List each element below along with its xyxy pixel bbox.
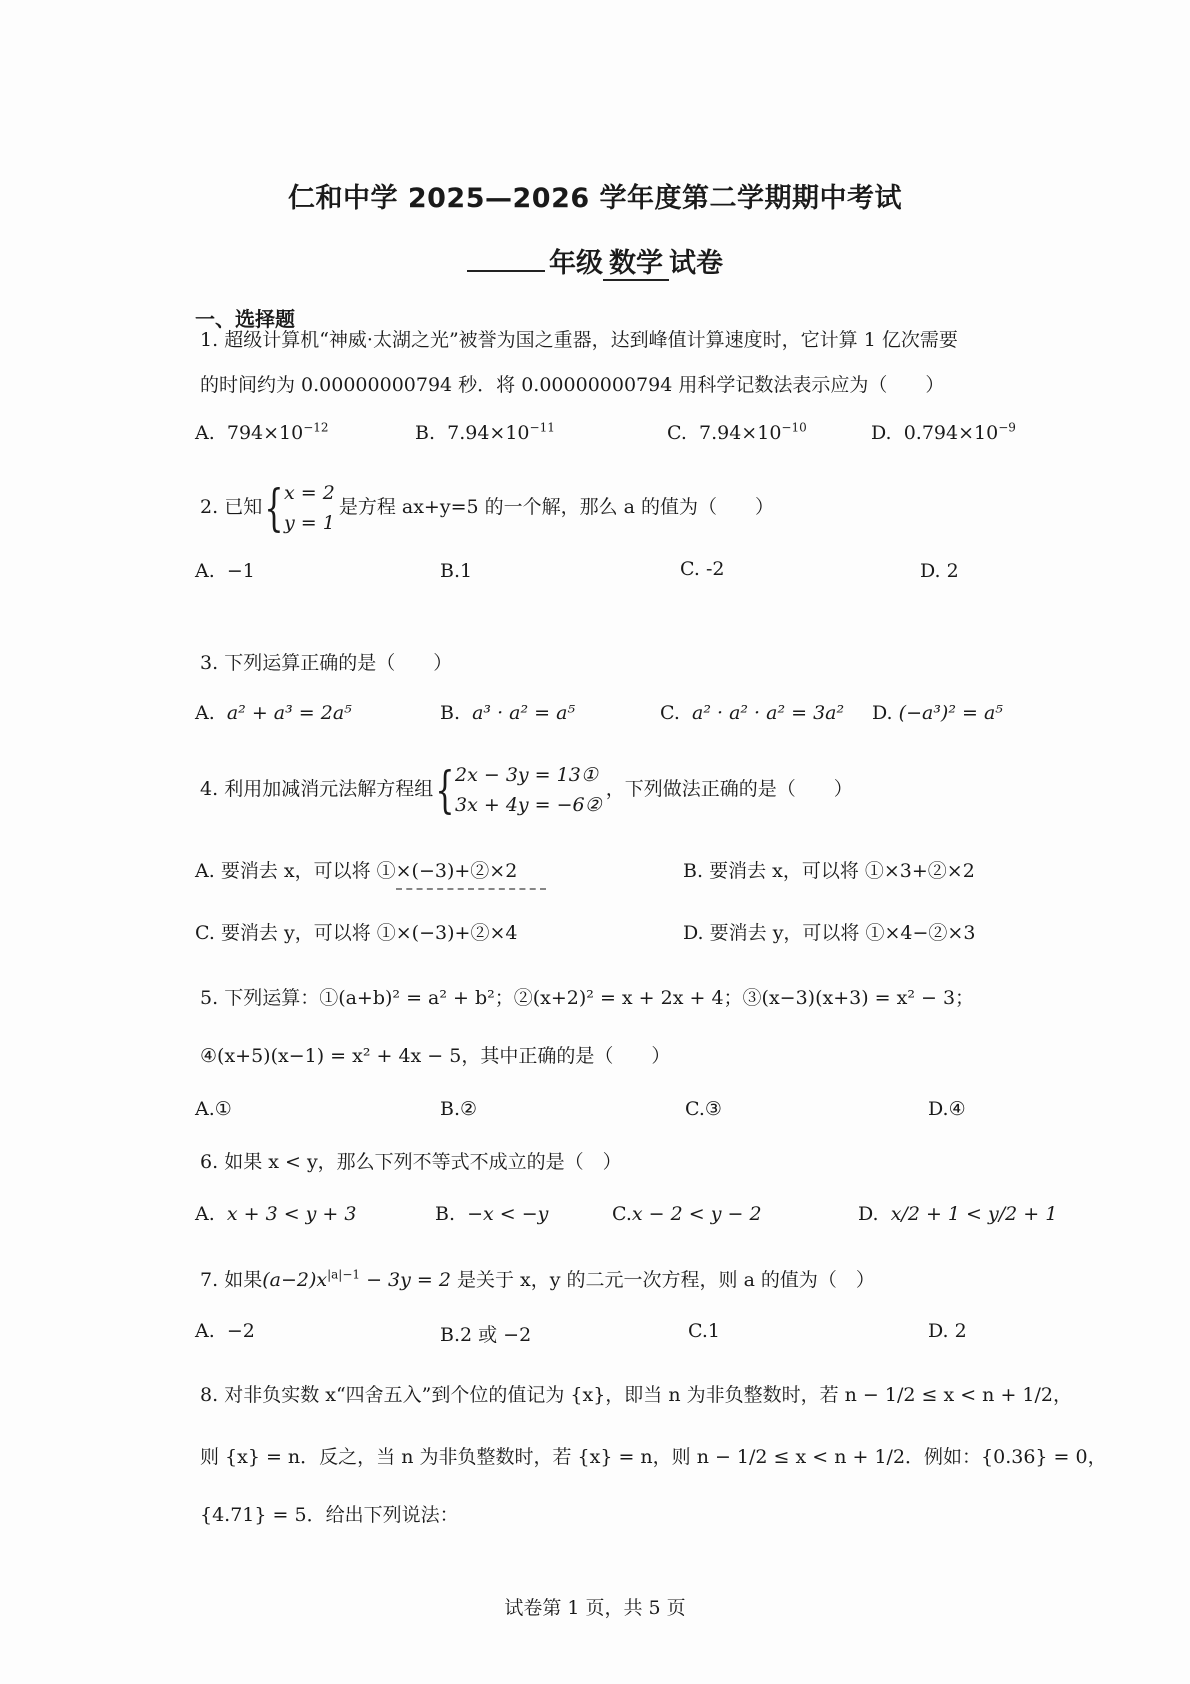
question-5-line-1: 5. 下列运算：①(a+b)² = a² + b²；②(x+2)² = x + … (200, 983, 974, 1010)
system-brace: { (436, 765, 455, 815)
q7-option-b: B.2 或 −2 (440, 1320, 531, 1347)
question-1-line-1: 1. 超级计算机“神威·太湖之光”被誉为国之重器，达到峰值计算速度时，它计算 1… (200, 325, 958, 352)
exam-subtitle: 年级数学试卷 (0, 241, 1190, 280)
question-4: 4. 利用加减消元法解方程组{2x − 3y = 13①3x + 4y = −6… (200, 760, 853, 820)
q5-option-d: D.④ (928, 1098, 966, 1120)
q2-option-d: D. 2 (920, 560, 959, 582)
q3-option-a: A. a² + a³ = 2a⁵ (195, 702, 352, 724)
q5-option-c: C.③ (685, 1098, 722, 1120)
subject-name: 数学 (603, 248, 669, 281)
q2-option-c: C. -2 (680, 558, 724, 580)
q4-option-b: B. 要消去 x，可以将 ①×3+②×2 (683, 856, 975, 883)
q2-option-a: A. −1 (195, 560, 255, 582)
q4-option-c: C. 要消去 y，可以将 ①×(−3)+②×4 (195, 918, 517, 945)
q7-option-d: D. 2 (928, 1320, 967, 1342)
q4-option-a: A. 要消去 x，可以将 ①×(−3)+②×2 (195, 856, 517, 883)
q2-option-b: B.1 (440, 560, 472, 582)
question-3: 3. 下列运算正确的是（ ） (200, 648, 452, 675)
q1-option-c: C. 7.94×10−10 (667, 422, 807, 444)
q1-option-d: D. 0.794×10−9 (871, 422, 1016, 444)
paper-label: 试卷 (669, 248, 723, 279)
q1-option-b: B. 7.94×10−11 (415, 422, 555, 444)
q5-option-a: A.① (195, 1098, 232, 1120)
q6-option-a: A. x + 3 < y + 3 (195, 1203, 356, 1225)
exam-page: 仁和中学 2025—2026 学年度第二学期期中考试 年级数学试卷 一、选择题 … (0, 0, 1190, 1684)
q1-option-a: A. 794×10−12 (195, 422, 329, 444)
grade-blank (467, 270, 545, 272)
equation-system: x = 2y = 1 (284, 478, 335, 538)
question-8-line-2: 则 {x} = n．反之，当 n 为非负整数时，若 {x} = n，则 n − … (200, 1442, 1107, 1469)
q3-option-d: D. (−a³)² = a⁵ (872, 702, 1003, 724)
q5-option-b: B.② (440, 1098, 477, 1120)
question-1-line-2: 的时间约为 0.00000000794 秒．将 0.00000000794 用科… (200, 370, 944, 397)
q3-option-c: C. a² · a² · a² = 3a² (660, 702, 844, 724)
question-8-line-1: 8. 对非负实数 x“四舍五入”到个位的值记为 {x}，即当 n 为非负整数时，… (200, 1380, 1072, 1407)
system-brace: { (265, 483, 284, 533)
q7-option-a: A. −2 (195, 1320, 255, 1342)
pen-underline-mark (396, 885, 546, 890)
q3-option-b: B. a³ · a² = a⁵ (440, 702, 575, 724)
q7-option-c: C.1 (688, 1320, 720, 1342)
equation-system: 2x − 3y = 13①3x + 4y = −6② (455, 760, 602, 820)
question-5-line-2: ④(x+5)(x−1) = x² + 4x − 5，其中正确的是（ ） (200, 1041, 670, 1068)
page-footer: 试卷第 1 页，共 5 页 (0, 1593, 1190, 1620)
q4-option-d: D. 要消去 y，可以将 ①×4−②×3 (683, 918, 975, 945)
question-6: 6. 如果 x < y，那么下列不等式不成立的是（ ） (200, 1147, 622, 1174)
exam-title: 仁和中学 2025—2026 学年度第二学期期中考试 (0, 176, 1190, 215)
grade-label: 年级 (549, 248, 603, 279)
q6-option-d: D. x/2 + 1 < y/2 + 1 (858, 1203, 1057, 1225)
q6-option-c: C.x − 2 < y − 2 (612, 1203, 762, 1225)
question-2: 2. 已知{x = 2y = 1是方程 ax+y=5 的一个解，那么 a 的值为… (200, 478, 774, 538)
q6-option-b: B. −x < −y (435, 1203, 548, 1225)
question-8-line-3: {4.71} = 5．给出下列说法： (200, 1500, 459, 1527)
question-7: 7. 如果(a−2)x|a|−1 − 3y = 2 是关于 x，y 的二元一次方… (200, 1265, 875, 1292)
